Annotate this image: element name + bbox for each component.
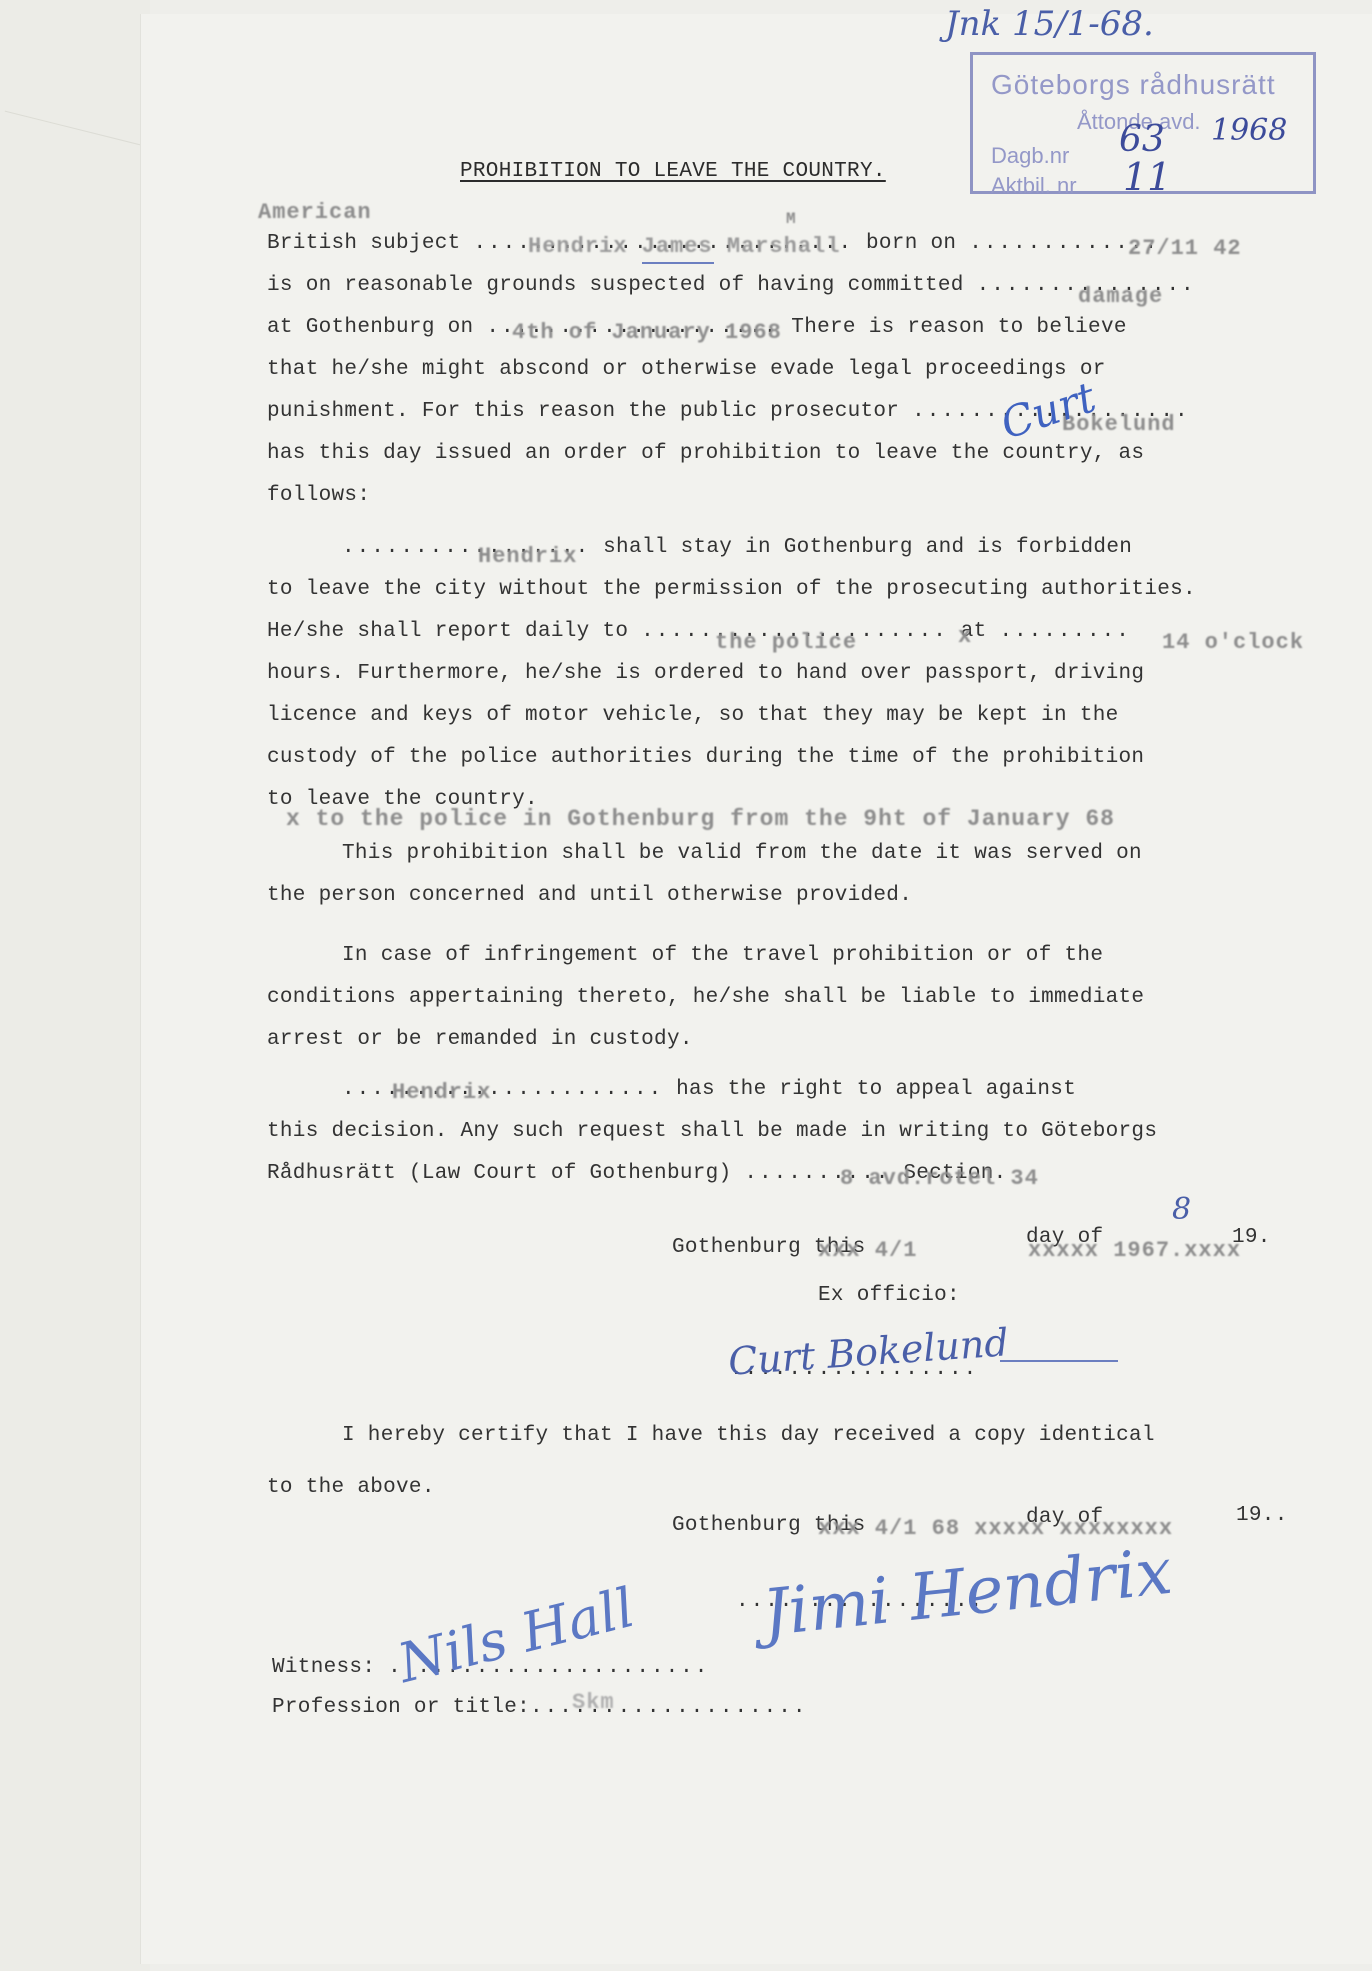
date-of-offence-filled: 4th of January 1968: [512, 320, 782, 345]
name-initial-correction: M: [786, 210, 797, 228]
ex-officio-label: Ex officio:: [818, 1284, 960, 1307]
cert-line-2: to the above.: [267, 1476, 435, 1499]
suspected-text: is on reasonable grounds suspected of ha…: [267, 274, 977, 297]
nationality-typed: American: [258, 200, 372, 225]
line-15: This prohibition shall be valid from the…: [342, 842, 1142, 865]
date-2-typed: xxx 4/1 68 xxxxx xxxxxxxx: [818, 1516, 1173, 1541]
line-18: conditions appertaining thereto, he/she …: [267, 986, 1144, 1009]
stamp-dagb-value: 63: [1119, 119, 1165, 160]
stay-name-filled: Hendrix: [478, 544, 577, 569]
prosecutor-text: punishment. For this reason the public p…: [267, 400, 912, 423]
appeal-text: has the right to appeal against: [663, 1078, 1076, 1101]
line-2: is on reasonable grounds suspected of ha…: [267, 274, 1196, 297]
line-10: He/she shall report daily to ...........…: [267, 620, 1131, 643]
report-marker: x: [958, 624, 972, 649]
stay-text: shall stay in Gothenburg and is forbidde…: [590, 536, 1132, 559]
date-line-2-19: 19..: [1236, 1504, 1288, 1527]
stamp-court: Göteborgs rådhusrätt: [991, 69, 1276, 101]
witness-label: Witness:: [272, 1656, 375, 1679]
document-title: PROHIBITION TO LEAVE THE COUNTRY.: [460, 160, 886, 183]
line-8: ................. shall stay in Gothenbu…: [342, 536, 1132, 559]
offence-filled: damage: [1078, 284, 1163, 309]
court-text: Rådhusrätt (Law Court of Gothenburg): [267, 1162, 744, 1185]
court-section-filled: 8 avd.rotel 34: [840, 1166, 1039, 1191]
blue-underline-mark: [642, 262, 714, 264]
date-1-month-typed: xxxxx 1967.xxxx: [1028, 1238, 1241, 1263]
stamp-dagb-label: Dagb.nr: [991, 143, 1069, 169]
stamp-aktbil-value: 11: [1123, 155, 1171, 199]
line-19: arrest or be remanded in custody.: [267, 1028, 693, 1051]
dots: ........: [342, 536, 459, 559]
line-4: that he/she might abscond or otherwise e…: [267, 358, 1106, 381]
profession-line: Profession or title:...................: [272, 1696, 808, 1719]
report-to-filled: the police: [715, 630, 857, 655]
line-7: follows:: [267, 484, 370, 507]
line-16: the person concerned and until otherwise…: [267, 884, 912, 907]
report-text: He/she shall report daily to: [267, 620, 641, 643]
born-on-label: born on: [853, 232, 969, 255]
line-17: In case of infringement of the travel pr…: [342, 944, 1103, 967]
date-1-hand-correction: 8: [1172, 1192, 1191, 1227]
british-subject-label: British subject: [267, 232, 473, 255]
report-note-filled: x to the police in Gothenburg from the 9…: [286, 806, 1115, 832]
court-stamp: Göteborgs rådhusrätt Åttonde avd. Dagb.n…: [970, 52, 1316, 194]
dots: ......................: [342, 1078, 663, 1101]
profession-label: Profession or title:: [272, 1696, 530, 1719]
signature-flourish: [1000, 1360, 1118, 1362]
born-on-filled: 27/11 42: [1128, 236, 1242, 261]
at-label: at: [948, 620, 1000, 643]
line-12: licence and keys of motor vehicle, so th…: [267, 704, 1119, 727]
line-6: has this day issued an order of prohibit…: [267, 442, 1144, 465]
line-21: this decision. Any such request shall be…: [267, 1120, 1157, 1143]
stamp-aktbil-label: Aktbil. nr: [991, 173, 1077, 199]
report-time-filled: 14 o'clock: [1162, 630, 1304, 655]
underlying-page: [0, 0, 150, 1971]
subject-name-filled: Hendrix James Marshall: [528, 234, 840, 259]
reason-text: There is reason to believe: [778, 316, 1126, 339]
profession-filled: Skm: [572, 1690, 615, 1715]
handwritten-note-top: Jnk 15/1-68.: [945, 4, 1154, 44]
page-fold: [0, 111, 151, 187]
line-13: custody of the police authorities during…: [267, 746, 1144, 769]
dots: .........: [999, 620, 1130, 643]
at-gothenburg-label: at Gothenburg on: [267, 316, 486, 339]
line-9: to leave the city without the permission…: [267, 578, 1196, 601]
date-1-typed: xxx 4/1: [818, 1238, 917, 1263]
appeal-name-filled: Hendrix: [392, 1080, 491, 1105]
cert-line-1: I hereby certify that I have this day re…: [342, 1424, 1155, 1447]
line-11: hours. Furthermore, he/she is ordered to…: [267, 662, 1144, 685]
stamp-year-value: 1968: [1211, 113, 1287, 148]
